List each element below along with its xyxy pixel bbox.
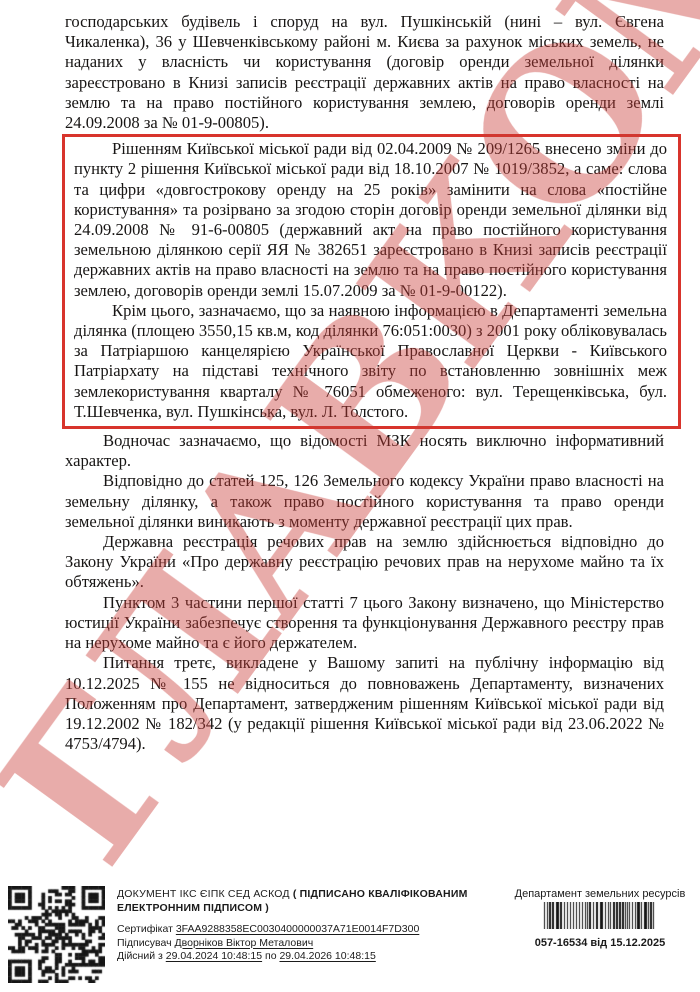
document-page: господарських будівель і споруд на вул. … — [0, 0, 700, 992]
signer-value: Дворніков Віктор Металович — [175, 937, 314, 949]
paragraph-mzk-note: Водночас зазначаємо, що відомості МЗК но… — [65, 431, 664, 471]
paragraph-land-code: Відповідно до статей 125, 126 Земельного… — [65, 471, 664, 532]
certificate-label: Сертифікат — [117, 923, 173, 935]
red-highlight-frame: Рішенням Київської міської ради від 02.0… — [62, 134, 681, 429]
paragraph-third-question: Питання третє, викладене у Вашому запиті… — [65, 653, 664, 754]
barcode — [543, 902, 658, 929]
highlighted-paragraph-decision: Рішенням Київської міської ради від 02.0… — [74, 139, 667, 301]
document-number: 057-16534 від 15.12.2025 — [512, 937, 688, 949]
paragraph-state-registration: Державна реєстрація речових прав на земл… — [65, 532, 664, 593]
certificate-value: 3FAA9288358EC0030400000037A71E0014F7D300 — [176, 923, 419, 935]
signature-title: ДОКУМЕНТ ІКС ЄІПК СЕД АСКОД ( ПІДПИСАНО … — [117, 888, 469, 915]
validity-to-value: 29.04.2026 10:48:15 — [279, 950, 375, 962]
paragraph-ministry-justice: Пунктом 3 частини першої статті 7 цього … — [65, 593, 664, 654]
validity-from-value: 29.04.2024 10:48:15 — [166, 950, 262, 962]
certificate-line: Сертифікат 3FAA9288358EC0030400000037A71… — [117, 923, 469, 937]
signer-line: Підписувач Дворніков Віктор Металович — [117, 937, 469, 951]
validity-to-label: по — [265, 950, 277, 962]
department-stamp-block: Департамент земельних ресурсів 057-16534… — [512, 888, 688, 949]
paragraph-continuation: господарських будівель і споруд на вул. … — [65, 12, 664, 133]
document-body-text: господарських будівель і споруд на вул. … — [0, 0, 700, 754]
digital-signature-block: ДОКУМЕНТ ІКС ЄІПК СЕД АСКОД ( ПІДПИСАНО … — [117, 888, 469, 964]
highlighted-paragraph-parcel: Крім цього, зазначаємо, що за наявною ін… — [74, 301, 667, 422]
validity-label: Дійсний з — [117, 950, 163, 962]
department-name: Департамент земельних ресурсів — [512, 888, 688, 900]
signature-system-label: ДОКУМЕНТ ІКС ЄІПК СЕД АСКОД — [117, 888, 290, 900]
qr-code — [8, 886, 105, 983]
signer-label: Підписувач — [117, 937, 172, 949]
validity-line: Дійсний з 29.04.2024 10:48:15 по 29.04.2… — [117, 950, 469, 964]
signature-footer: ДОКУМЕНТ ІКС ЄІПК СЕД АСКОД ( ПІДПИСАНО … — [0, 882, 700, 992]
